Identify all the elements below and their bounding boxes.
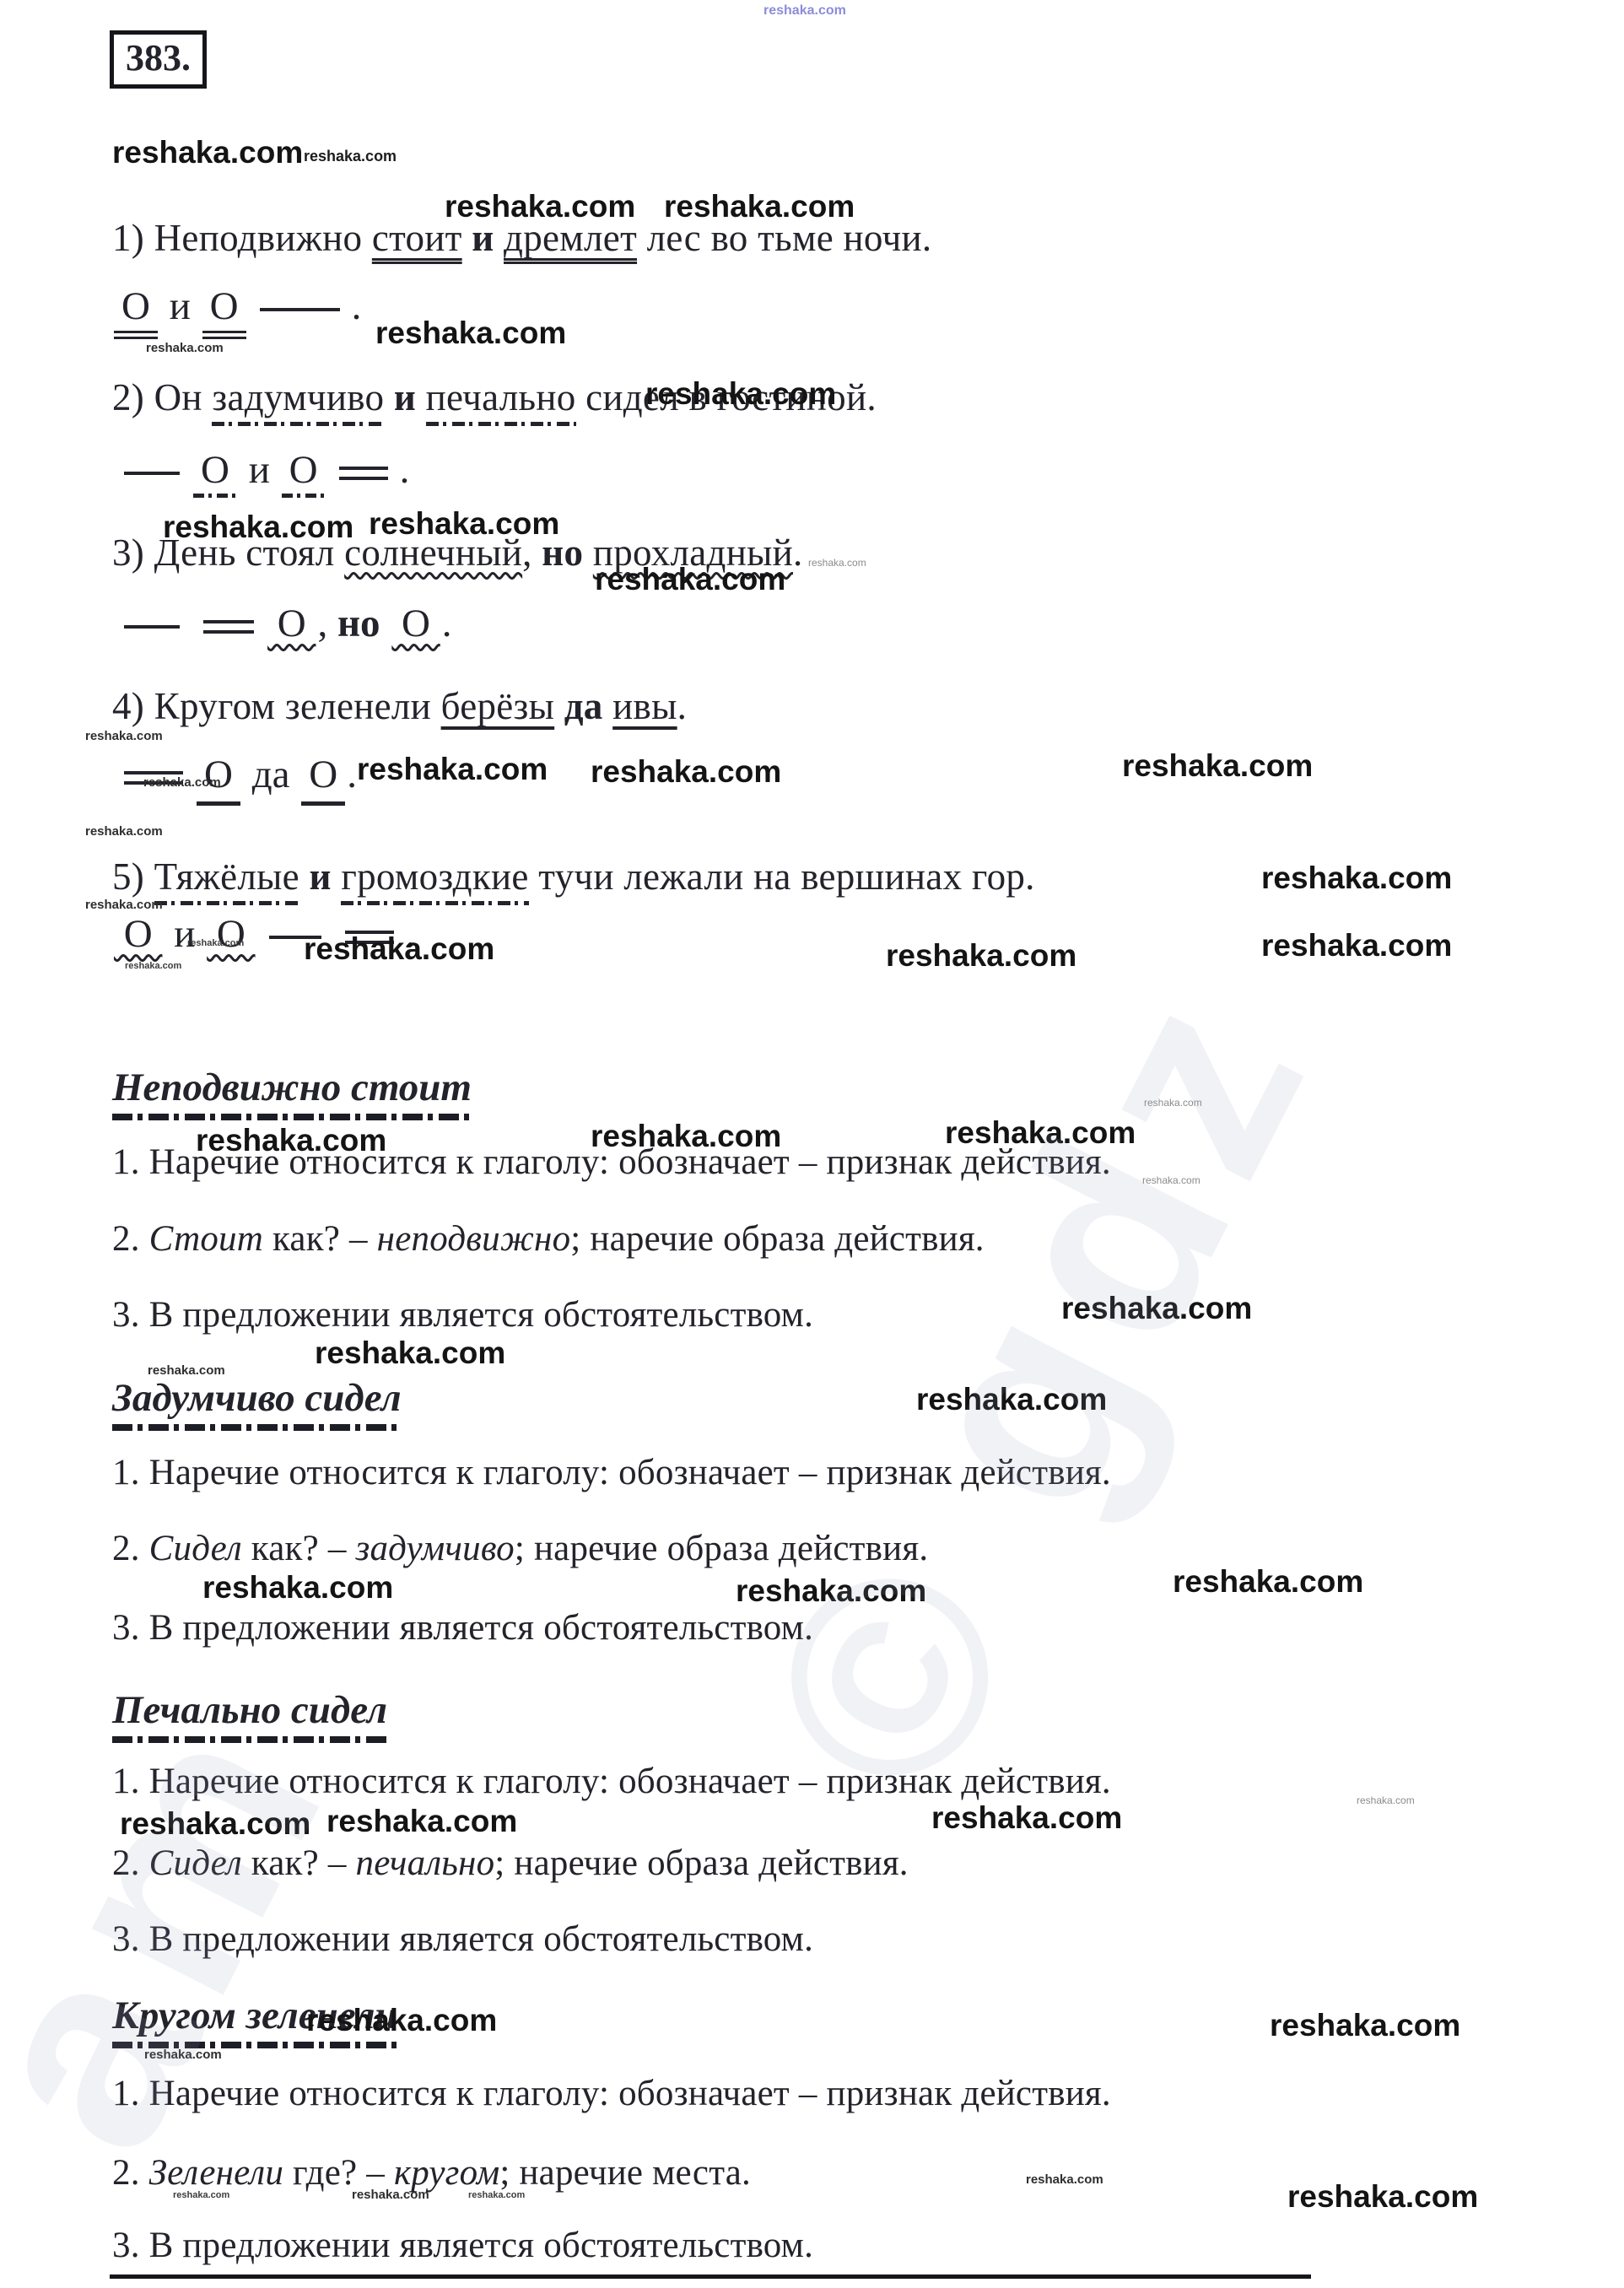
sentence-schema-1: О и О. <box>112 285 361 339</box>
site-watermark: reshaka.com <box>202 1570 393 1605</box>
section-4-item-2: 2. Зеленели где? – кругом; наречие места… <box>112 2151 751 2195</box>
text-run: . <box>677 685 688 727</box>
section-3-item-3: 3. В предложении является обстоятельство… <box>112 1918 813 1962</box>
text-run: 3. В предложении является обстоятельство… <box>112 2226 813 2265</box>
section-heading-3: Печально сидел <box>112 1687 387 1743</box>
schema-predicate-line <box>203 620 254 634</box>
site-watermark: reshaka.com <box>1173 1564 1363 1600</box>
site-watermark: reshaka.com <box>1261 928 1452 963</box>
underlined-word: берёзы <box>441 685 555 727</box>
section-4-item-1: 1. Наречие относится к глаголу: обознача… <box>112 2072 1111 2116</box>
site-watermark: reshaka.com <box>591 1119 781 1154</box>
text-run: 1) Неподвижно <box>112 217 372 259</box>
site-watermark: reshaka.com <box>1270 2008 1460 2043</box>
text-run: как? – <box>242 1529 356 1568</box>
text-run <box>583 532 593 574</box>
text-run: Сидел <box>149 1529 242 1568</box>
text-run: да <box>564 685 603 727</box>
schema-subject-line <box>124 472 180 475</box>
schema-O-solid: О <box>301 755 345 806</box>
site-watermark: reshaka.com <box>1061 1291 1252 1326</box>
site-watermark: reshaka.com <box>886 938 1076 974</box>
schema-O-dashdot: О <box>193 451 237 498</box>
site-watermark: reshaka.com <box>120 1806 310 1842</box>
site-watermark: reshaka.com <box>143 775 221 790</box>
section-2-item-1: 1. Наречие относится к глаголу: обознача… <box>112 1451 1111 1495</box>
schema-O-wavy: О <box>114 912 162 956</box>
text-run <box>554 685 564 727</box>
schema-text: и <box>164 912 205 956</box>
section-4-item-3: 3. В предложении является обстоятельство… <box>112 2224 813 2268</box>
text-run: Зеленели <box>149 2153 283 2193</box>
textbook-solution-page: 383. 1) Неподвижно стоит и дремлет лес в… <box>0 0 1624 2288</box>
underlined-word: печально <box>426 375 576 426</box>
underlined-word: задумчиво <box>212 375 384 426</box>
bottom-rule <box>110 2275 1311 2279</box>
schema-text: . <box>352 284 362 328</box>
site-watermark: reshaka.com <box>1122 748 1313 784</box>
section-1-item-2: 2. Стоит как? – неподвижно; наречие обра… <box>112 1217 985 1261</box>
section-heading-2: Задумчиво сидел <box>112 1375 402 1431</box>
site-watermark: reshaka.com <box>148 1363 225 1378</box>
text-run: ; наречие места. <box>499 2153 751 2193</box>
text-run: и <box>310 855 332 898</box>
site-watermark: reshaka.com <box>808 557 866 569</box>
underlined-word: громоздкие <box>341 854 528 905</box>
sentence-schema-2: О и О. <box>112 449 409 498</box>
exercise-number: 383. <box>110 30 207 89</box>
text-run: 4) Кругом зеленели <box>112 685 441 727</box>
site-watermark: reshaka.com <box>645 376 836 412</box>
section-3-item-2: 2. Сидел как? – печально; наречие образа… <box>112 1842 909 1886</box>
section-2-item-2: 2. Сидел как? – задумчиво; наречие образ… <box>112 1527 928 1571</box>
schema-text: но <box>337 602 380 645</box>
text-run: печально <box>356 1843 495 1883</box>
text-run: тучи лежали на вершинах гор. <box>529 855 1035 898</box>
site-watermark: reshaka.com <box>945 1115 1136 1151</box>
site-watermark: reshaka.com <box>315 1336 505 1371</box>
text-run: 2. <box>112 2153 149 2193</box>
text-run: . <box>793 532 803 574</box>
site-watermark: reshaka.com <box>85 824 163 839</box>
schema-O-dashdot: О <box>282 451 326 498</box>
schema-text: , <box>317 602 337 645</box>
text-run: и <box>394 376 416 418</box>
sentence-5: 5) Тяжёлые и громоздкие тучи лежали на в… <box>112 854 1035 905</box>
text-run: Стоит <box>149 1219 263 1259</box>
text-run: ; наречие образа действия. <box>515 1529 928 1568</box>
text-run: 1. Наречие относится к глаголу: обознача… <box>112 2074 1111 2113</box>
schema-subject-line <box>260 308 340 311</box>
site-watermark: reshaka.com <box>595 562 785 597</box>
site-watermark: reshaka.com <box>369 506 559 542</box>
underlined-word: ивы <box>612 685 677 727</box>
site-watermark: reshaka.com <box>1144 1097 1202 1109</box>
schema-text: да <box>242 753 299 796</box>
text-run: как? – <box>263 1219 377 1259</box>
text-run: 2. <box>112 1529 149 1568</box>
text-run: задумчиво <box>356 1529 515 1568</box>
site-watermark: reshaka.com <box>591 754 781 790</box>
site-watermark: reshaka.com <box>1142 1174 1200 1186</box>
schema-text: . <box>400 448 410 492</box>
site-watermark: reshaka.com <box>326 1804 517 1839</box>
sentence-4: 4) Кругом зеленели берёзы да ивы. <box>112 683 687 729</box>
text-run: как? – <box>242 1843 356 1883</box>
site-watermark: reshaka.com <box>763 3 846 19</box>
text-run: 3. В предложении является обстоятельство… <box>112 1919 813 1959</box>
schema-O-wavy: О <box>391 602 440 645</box>
text-run: 3. В предложении является обстоятельство… <box>112 1295 813 1335</box>
site-watermark: reshaka.com <box>173 2190 229 2200</box>
text-run: ; наречие образа действия. <box>570 1219 984 1259</box>
text-run <box>384 376 394 418</box>
schema-O-wavy: О <box>267 602 316 645</box>
text-run <box>332 855 342 898</box>
schema-predicate-line <box>339 467 388 480</box>
schema-text: и <box>159 284 201 328</box>
schema-O-double: О <box>202 287 246 339</box>
text-run: неподвижно <box>377 1219 571 1259</box>
section-heading-text: Печально сидел <box>112 1687 387 1743</box>
text-run: Сидел <box>149 1843 242 1883</box>
section-1-item-3: 3. В предложении является обстоятельство… <box>112 1293 813 1337</box>
text-run: 5) <box>112 855 154 898</box>
section-3-item-1: 1. Наречие относится к глаголу: обознача… <box>112 1760 1111 1804</box>
site-watermark: reshaka.com <box>144 2048 222 2062</box>
site-watermark: reshaka.com <box>304 148 397 165</box>
site-watermark: reshaka.com <box>931 1800 1122 1836</box>
site-watermark: reshaka.com <box>112 135 303 170</box>
text-run: где? – <box>283 2153 394 2193</box>
site-watermark: reshaka.com <box>916 1382 1107 1417</box>
site-watermark: reshaka.com <box>304 931 494 967</box>
schema-O-double: О <box>114 287 158 339</box>
site-watermark: reshaka.com <box>146 341 224 355</box>
schema-text: . <box>442 602 452 645</box>
text-run: 1. Наречие относится к глаголу: обознача… <box>112 1762 1111 1801</box>
underlined-word: Тяжёлые <box>154 854 299 905</box>
site-watermark: reshaka.com <box>187 938 244 948</box>
site-watermark: reshaka.com <box>196 1123 386 1158</box>
section-heading-text: Задумчиво сидел <box>112 1375 402 1431</box>
schema-text <box>380 602 391 645</box>
sentence-schema-3: О , но О . <box>112 602 452 646</box>
text-run: 2) Он <box>112 376 212 418</box>
text-run <box>416 376 426 418</box>
site-watermark: reshaka.com <box>468 2190 525 2200</box>
site-watermark: reshaka.com <box>1287 2179 1478 2215</box>
site-watermark: reshaka.com <box>357 752 548 787</box>
site-watermark: reshaka.com <box>1357 1794 1415 1806</box>
site-watermark: reshaka.com <box>1026 2172 1103 2187</box>
site-watermark: reshaka.com <box>85 898 163 912</box>
schema-text: . <box>347 753 357 796</box>
site-watermark: reshaka.com <box>306 2003 497 2038</box>
section-heading-1: Неподвижно стоит <box>112 1065 472 1120</box>
schema-O-wavy: О <box>207 912 255 956</box>
text-run <box>603 685 613 727</box>
text-run: кругом <box>394 2153 499 2193</box>
schema-text: и <box>239 448 280 492</box>
section-2-item-3: 3. В предложении является обстоятельство… <box>112 1606 813 1650</box>
text-run: 2. <box>112 1219 149 1259</box>
text-run: 2. <box>112 1843 149 1883</box>
section-heading-text: Неподвижно стоит <box>112 1065 472 1120</box>
site-watermark: reshaka.com <box>445 189 635 224</box>
site-watermark: reshaka.com <box>1261 861 1452 896</box>
site-watermark: reshaka.com <box>736 1573 926 1609</box>
site-watermark: reshaka.com <box>163 510 353 545</box>
site-watermark: reshaka.com <box>375 316 566 351</box>
site-watermark: reshaka.com <box>664 189 855 224</box>
site-watermark: reshaka.com <box>85 729 163 743</box>
schema-subject-line <box>124 625 180 629</box>
text-run: ; наречие образа действия. <box>494 1843 908 1883</box>
text-run <box>299 855 310 898</box>
text-run: 3. В предложении является обстоятельство… <box>112 1608 813 1648</box>
site-watermark: reshaka.com <box>352 2188 429 2202</box>
text-run: 1. Наречие относится к глаголу: обознача… <box>112 1453 1111 1492</box>
site-watermark: reshaka.com <box>125 961 181 971</box>
